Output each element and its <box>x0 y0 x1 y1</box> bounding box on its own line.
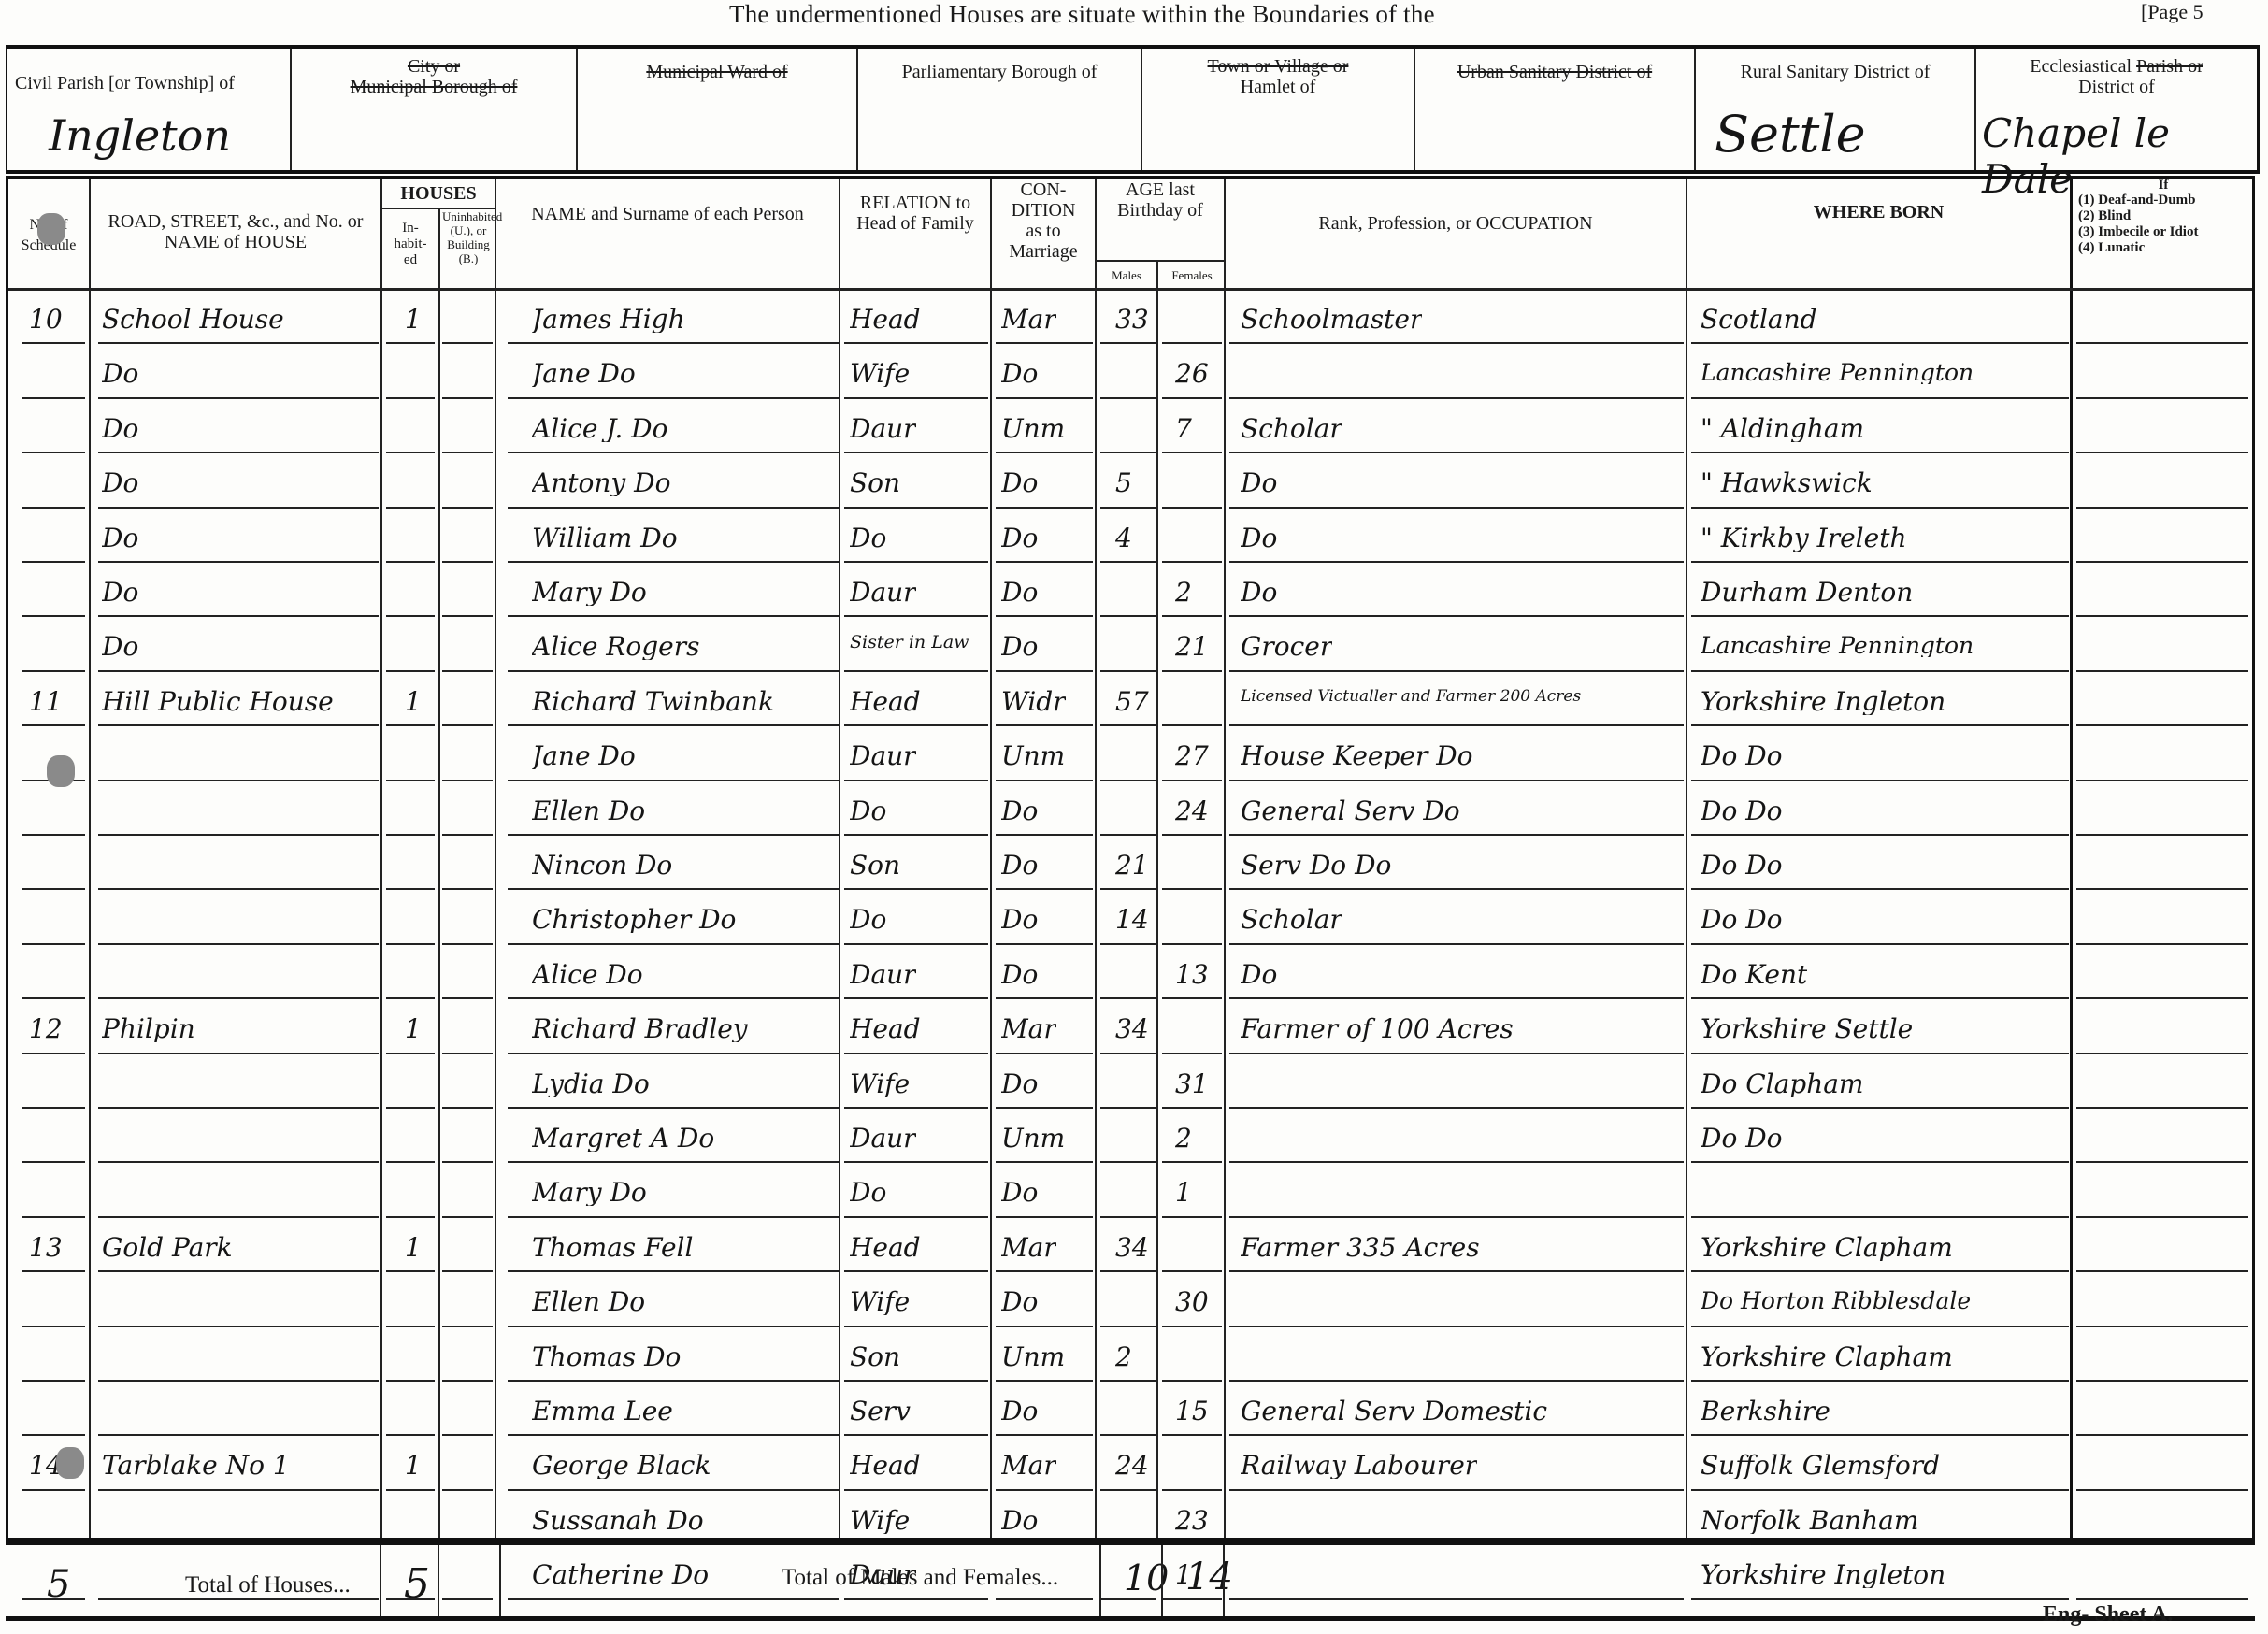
cell-female-age: 2 <box>1175 1125 1192 1152</box>
cell-occupation: Do <box>1241 470 1277 496</box>
row-rule <box>508 1107 839 1109</box>
row-rule <box>996 1326 1093 1327</box>
row-rule <box>98 397 379 399</box>
admin-label: Civil Parish [or Township] of <box>15 73 290 93</box>
row-rule <box>22 1107 85 1109</box>
cell-condition: Do <box>1001 634 1038 660</box>
row-rule <box>1100 670 1156 672</box>
row-rule <box>1100 1489 1156 1491</box>
admin-value: Ingleton <box>49 110 231 161</box>
cell-relation: Wife <box>850 361 910 387</box>
row-rule <box>22 997 85 999</box>
row-rule <box>98 670 379 672</box>
cell-name: Jane Do <box>532 361 636 387</box>
cell-name: Thomas Do <box>532 1344 681 1370</box>
cell-name: Margret A Do <box>532 1125 714 1152</box>
admin-parliamentary-borough: Parliamentary Borough of <box>858 49 1142 170</box>
row-rule <box>996 670 1093 672</box>
col-uninhabited: Uninhabited (U.), or Building (B.) <box>440 208 496 1538</box>
cell-inhabited: 1 <box>405 1453 422 1479</box>
row-rule <box>386 1326 435 1327</box>
cell-male-age: 57 <box>1115 689 1149 715</box>
row-rule <box>2076 342 2248 344</box>
cell-occupation: General Serv Domestic <box>1241 1398 1547 1425</box>
admin-label-main: Hamlet of <box>1241 77 1316 97</box>
row-rule <box>1229 1380 1684 1382</box>
row-rule <box>1691 943 2069 945</box>
row-rule <box>844 724 988 726</box>
row-rule <box>1162 670 1222 672</box>
cell-relation: Daur <box>850 1125 916 1152</box>
cell-relation: Do <box>850 907 886 933</box>
row-rule <box>844 1161 988 1163</box>
cell-road: Tarblake No 1 <box>102 1453 290 1479</box>
row-rule <box>22 1326 85 1327</box>
row-rule <box>386 507 435 509</box>
row-rule <box>1691 451 2069 453</box>
cell-relation: Serv <box>850 1398 911 1425</box>
cell-born: Scotland <box>1701 307 1817 333</box>
cell-relation: Head <box>850 307 921 333</box>
row-rule <box>844 834 988 836</box>
row-rule <box>1229 724 1684 726</box>
row-rule <box>1100 780 1156 781</box>
row-rule <box>386 1107 435 1109</box>
cell-relation: Head <box>850 1016 921 1042</box>
row-rule <box>2076 724 2248 726</box>
cell-female-age: 24 <box>1175 798 1209 824</box>
cell-name: Thomas Fell <box>532 1235 693 1261</box>
cell-born: Do Do <box>1701 907 1783 933</box>
row-rule <box>2076 615 2248 617</box>
cell-condition: Mar <box>1001 1453 1056 1479</box>
row-rule <box>2076 1270 2248 1272</box>
row-rule <box>386 1489 435 1491</box>
row-rule <box>1691 1434 2069 1436</box>
row-rule <box>1162 507 1222 509</box>
cell-born: Do Horton Ribblesdale <box>1701 1289 1971 1312</box>
row-rule <box>508 1161 839 1163</box>
row-rule <box>508 397 839 399</box>
row-rule <box>386 451 435 453</box>
row-rule <box>1100 724 1156 726</box>
row-rule <box>98 1053 379 1054</box>
row-rule <box>98 507 379 509</box>
row-rule <box>98 943 379 945</box>
row-rule <box>386 888 435 890</box>
cell-occupation: Do <box>1241 962 1277 988</box>
header-age: AGE last Birthday of <box>1097 179 1224 221</box>
row-rule <box>996 507 1093 509</box>
header-occupation: Rank, Profession, or OCCUPATION <box>1226 213 1686 234</box>
admin-boundaries: Civil Parish [or Township] of Ingleton C… <box>6 45 2260 174</box>
header-born: WHERE BORN <box>1687 202 2070 222</box>
cell-male-age: 24 <box>1115 1453 1149 1479</box>
cell-road: Do <box>102 361 138 387</box>
cell-name: James High <box>532 307 685 333</box>
punch-hole-mark <box>37 213 65 245</box>
row-rule <box>2076 1434 2248 1436</box>
cell-occupation: Do <box>1241 525 1277 552</box>
row-rule <box>996 561 1093 563</box>
row-rule <box>386 1216 435 1218</box>
cell-relation: Daur <box>850 580 916 606</box>
cell-condition: Mar <box>1001 1016 1056 1042</box>
row-rule <box>1100 451 1156 453</box>
row-rule <box>1229 1489 1684 1491</box>
row-rule <box>844 1107 988 1109</box>
cell-male-age: 4 <box>1115 525 1132 552</box>
col-schedule: No. of Schedule <box>8 179 91 1538</box>
total-persons-label: Total of Males and Females... <box>782 1566 1058 1589</box>
row-rule <box>1162 1053 1222 1054</box>
row-rule <box>1100 1270 1156 1272</box>
row-rule <box>386 780 435 781</box>
row-rule <box>1162 1326 1222 1327</box>
row-rule <box>1691 1053 2069 1054</box>
row-rule <box>2076 1161 2248 1163</box>
row-rule <box>98 1326 379 1327</box>
row-rule <box>996 1161 1093 1163</box>
row-rule <box>996 397 1093 399</box>
cell-schedule: 10 <box>29 307 63 333</box>
row-rule <box>1691 670 2069 672</box>
cell-female-age: 23 <box>1175 1508 1209 1534</box>
cell-born: Lancashire Pennington <box>1701 361 1974 384</box>
row-rule <box>1229 997 1684 999</box>
tally-mark: 5 <box>47 1566 70 1603</box>
cell-occupation: Serv Do Do <box>1241 853 1391 879</box>
admin-label: Parliamentary Borough of <box>858 62 1141 82</box>
row-rule <box>2076 451 2248 453</box>
cell-road: Do <box>102 470 138 496</box>
cell-relation: Son <box>850 1344 900 1370</box>
admin-label-main: Ecclesiastical <box>2030 56 2132 77</box>
cell-condition: Mar <box>1001 307 1056 333</box>
cell-born: " Hawkswick <box>1701 470 1873 496</box>
row-rule <box>1229 1107 1684 1109</box>
row-rule <box>508 342 839 344</box>
cell-male-age: 33 <box>1115 307 1149 333</box>
row-rule <box>386 670 435 672</box>
row-rule <box>1162 615 1222 617</box>
cell-male-age: 34 <box>1115 1235 1149 1261</box>
cell-relation: Daur <box>850 416 916 442</box>
row-rule <box>442 1434 493 1436</box>
row-rule <box>442 997 493 999</box>
row-rule <box>386 834 435 836</box>
row-rule <box>844 888 988 890</box>
header-road: ROAD, STREET, &c., and No. or NAME of HO… <box>91 211 380 252</box>
infirmity-option: (4) Lunatic <box>2078 240 2198 256</box>
row-rule <box>98 1380 379 1382</box>
row-rule <box>508 670 839 672</box>
row-rule <box>22 1270 85 1272</box>
cell-male-age: 34 <box>1115 1016 1149 1042</box>
cell-female-age: 7 <box>1175 416 1192 442</box>
row-rule <box>22 1161 85 1163</box>
row-rule <box>1100 1434 1156 1436</box>
row-rule <box>2076 670 2248 672</box>
cell-relation: Head <box>850 689 921 715</box>
row-rule <box>2076 507 2248 509</box>
header-relation: RELATION to Head of Family <box>840 193 990 234</box>
row-rule <box>1229 451 1684 453</box>
row-rule <box>1100 1380 1156 1382</box>
row-rule <box>844 451 988 453</box>
cell-female-age: 15 <box>1175 1398 1209 1425</box>
row-rule <box>1691 1107 2069 1109</box>
row-rule <box>2076 1326 2248 1327</box>
cell-condition: Mar <box>1001 1235 1056 1261</box>
row-rule <box>1162 943 1222 945</box>
row-rule <box>1691 1326 2069 1327</box>
cell-occupation: Licensed Victualler and Farmer 200 Acres <box>1241 689 1581 705</box>
cell-condition: Do <box>1001 525 1038 552</box>
row-rule <box>508 1216 839 1218</box>
row-rule <box>1691 507 2069 509</box>
row-rule <box>844 997 988 999</box>
cell-occupation: Grocer <box>1241 634 1332 660</box>
page-heading: The undermentioned Houses are situate wi… <box>729 0 1435 29</box>
cell-female-age: 30 <box>1175 1289 1209 1315</box>
row-rule <box>996 1434 1093 1436</box>
col-houses: HOUSES In-habit-ed Uninhabited (U.), or … <box>382 179 496 1538</box>
row-rule <box>2076 943 2248 945</box>
row-rule <box>98 615 379 617</box>
row-rule <box>1229 561 1684 563</box>
row-rule <box>98 1216 379 1218</box>
row-rule <box>1162 1107 1222 1109</box>
cell-name: Mary Do <box>532 580 647 606</box>
header-inhabited: In-habit-ed <box>382 221 438 268</box>
header-divider <box>8 288 2252 291</box>
cell-born: Do Kent <box>1701 962 1807 988</box>
row-rule <box>996 1489 1093 1491</box>
row-rule <box>1100 1053 1156 1054</box>
row-rule <box>2076 888 2248 890</box>
admin-value: Settle <box>1715 105 1866 164</box>
row-rule <box>22 1216 85 1218</box>
row-rule <box>442 724 493 726</box>
row-rule <box>22 670 85 672</box>
cell-name: Antony Do <box>532 470 670 496</box>
admin-town-village: Town or Village or Hamlet of <box>1142 49 1415 170</box>
cell-condition: Do <box>1001 907 1038 933</box>
cell-male-age: 2 <box>1115 1344 1132 1370</box>
row-rule <box>1229 670 1684 672</box>
header-males: Males <box>1097 265 1156 286</box>
row-rule <box>1229 507 1684 509</box>
row-rule <box>2076 1380 2248 1382</box>
row-rule <box>1691 561 2069 563</box>
row-rule <box>2076 1216 2248 1218</box>
row-rule <box>996 1053 1093 1054</box>
row-rule <box>996 1380 1093 1382</box>
row-rule <box>442 507 493 509</box>
row-rule <box>1691 342 2069 344</box>
row-rule <box>1229 1053 1684 1054</box>
row-rule <box>844 1053 988 1054</box>
row-rule <box>1162 1489 1222 1491</box>
cell-inhabited: 1 <box>405 1235 422 1261</box>
row-rule <box>22 1053 85 1054</box>
row-rule <box>1691 997 2069 999</box>
row-rule <box>98 724 379 726</box>
row-rule <box>844 342 988 344</box>
cell-road: Do <box>102 634 138 660</box>
row-rule <box>1100 997 1156 999</box>
row-rule <box>386 615 435 617</box>
header-name: NAME and Surname of each Person <box>496 204 839 224</box>
row-rule <box>22 507 85 509</box>
row-rule <box>2076 397 2248 399</box>
row-rule <box>1229 943 1684 945</box>
row-rule <box>22 1489 85 1491</box>
cell-born: Do Do <box>1701 798 1783 824</box>
row-rule <box>1162 724 1222 726</box>
cell-occupation: Do <box>1241 580 1277 606</box>
cell-male-age: 14 <box>1115 907 1149 933</box>
cell-female-age: 1 <box>1175 1180 1192 1206</box>
admin-civil-parish: Civil Parish [or Township] of Ingleton <box>7 49 292 170</box>
row-rule <box>98 780 379 781</box>
row-rule <box>1162 1216 1222 1218</box>
cell-female-age: 27 <box>1175 743 1209 769</box>
row-rule <box>1100 1107 1156 1109</box>
cell-born: Do Do <box>1701 853 1783 879</box>
cell-relation: Head <box>850 1453 921 1479</box>
admin-label: Municipal Ward of <box>578 62 856 82</box>
row-rule <box>1100 1326 1156 1327</box>
row-rule <box>1100 1216 1156 1218</box>
row-rule <box>1162 561 1222 563</box>
row-rule <box>386 997 435 999</box>
header-infirmity-list: (1) Deaf-and-Dumb(2) Blind(3) Imbecile o… <box>2078 193 2198 256</box>
cell-relation: Son <box>850 853 900 879</box>
cell-born: Do Do <box>1701 743 1783 769</box>
admin-label: Rural Sanitary District of <box>1696 62 1974 82</box>
admin-label-struck: Town or Village or <box>1208 56 1349 77</box>
total-houses-value: 5 <box>404 1564 430 1605</box>
cell-road: Do <box>102 580 138 606</box>
cell-born: Suffolk Glemsford <box>1701 1453 1940 1479</box>
cell-born: Yorkshire Clapham <box>1701 1235 1953 1261</box>
row-rule <box>996 943 1093 945</box>
row-rule <box>844 1270 988 1272</box>
cell-name: Jane Do <box>532 743 636 769</box>
row-rule <box>386 561 435 563</box>
row-rule <box>1691 888 2069 890</box>
row-rule <box>442 780 493 781</box>
row-rule <box>1162 780 1222 781</box>
row-rule <box>386 943 435 945</box>
cell-condition: Widr <box>1001 689 1066 715</box>
cell-schedule: 12 <box>29 1016 63 1042</box>
cell-condition: Do <box>1001 1071 1038 1097</box>
row-rule <box>386 1380 435 1382</box>
sheet-label: Eng- Sheet A. <box>2043 1602 2173 1627</box>
cell-condition: Do <box>1001 580 1038 606</box>
row-rule <box>1229 1161 1684 1163</box>
row-rule <box>1229 834 1684 836</box>
row-rule <box>1162 451 1222 453</box>
cell-name: William Do <box>532 525 678 552</box>
cell-condition: Unm <box>1001 1125 1065 1152</box>
cell-name: Alice Do <box>532 962 643 988</box>
cell-born: Do Clapham <box>1701 1071 1863 1097</box>
row-rule <box>98 342 379 344</box>
admin-municipal-ward: Municipal Ward of <box>578 49 858 170</box>
row-rule <box>386 1434 435 1436</box>
cell-occupation: Farmer of 100 Acres <box>1241 1016 1514 1042</box>
cell-relation: Do <box>850 525 886 552</box>
cell-name: Richard Bradley <box>532 1016 748 1042</box>
cell-condition: Do <box>1001 962 1038 988</box>
row-rule <box>844 397 988 399</box>
cell-relation: Wife <box>850 1071 910 1097</box>
cell-inhabited: 1 <box>405 1016 422 1042</box>
row-rule <box>22 943 85 945</box>
cell-born: Yorkshire Ingleton <box>1701 689 1945 715</box>
infirmity-option: (2) Blind <box>2078 208 2198 224</box>
row-rule <box>22 1380 85 1382</box>
cell-female-age: 21 <box>1175 634 1209 660</box>
cell-male-age: 21 <box>1115 853 1149 879</box>
cell-born: Lancashire Pennington <box>1701 634 1974 657</box>
row-rule <box>442 342 493 344</box>
cell-occupation: Railway Labourer <box>1241 1453 1477 1479</box>
row-rule <box>508 943 839 945</box>
row-rule <box>1229 342 1684 344</box>
row-rule <box>1100 834 1156 836</box>
row-rule <box>1100 943 1156 945</box>
cell-born: " Aldingham <box>1701 416 1864 442</box>
row-rule <box>2076 1489 2248 1491</box>
row-rule <box>1162 834 1222 836</box>
row-rule <box>22 451 85 453</box>
admin-municipal-borough: City or Municipal Borough of <box>292 49 578 170</box>
row-rule <box>442 1326 493 1327</box>
row-rule <box>1691 724 2069 726</box>
cell-road: Hill Public House <box>102 689 334 715</box>
row-rule <box>1691 1380 2069 1382</box>
row-rule <box>442 1107 493 1109</box>
cell-relation: Do <box>850 798 886 824</box>
row-rule <box>508 997 839 999</box>
cell-occupation: House Keeper Do <box>1241 743 1473 769</box>
cell-male-age: 5 <box>1115 470 1132 496</box>
row-rule <box>1162 342 1222 344</box>
admin-label: Town or Village or Hamlet of <box>1142 56 1414 97</box>
row-rule <box>98 888 379 890</box>
cell-road: Gold Park <box>102 1235 233 1261</box>
row-rule <box>2076 997 2248 999</box>
cell-occupation: Schoolmaster <box>1241 307 1422 333</box>
cell-condition: Do <box>1001 1289 1038 1315</box>
cell-condition: Do <box>1001 853 1038 879</box>
row-rule <box>508 1053 839 1054</box>
admin-label-line2: District of <box>2078 77 2155 97</box>
row-rule <box>844 943 988 945</box>
row-rule <box>98 834 379 836</box>
row-rule <box>386 342 435 344</box>
row-rule <box>442 1270 493 1272</box>
row-rule <box>844 780 988 781</box>
row-rule <box>1162 1270 1222 1272</box>
row-rule <box>98 1434 379 1436</box>
cell-condition: Do <box>1001 1180 1038 1206</box>
